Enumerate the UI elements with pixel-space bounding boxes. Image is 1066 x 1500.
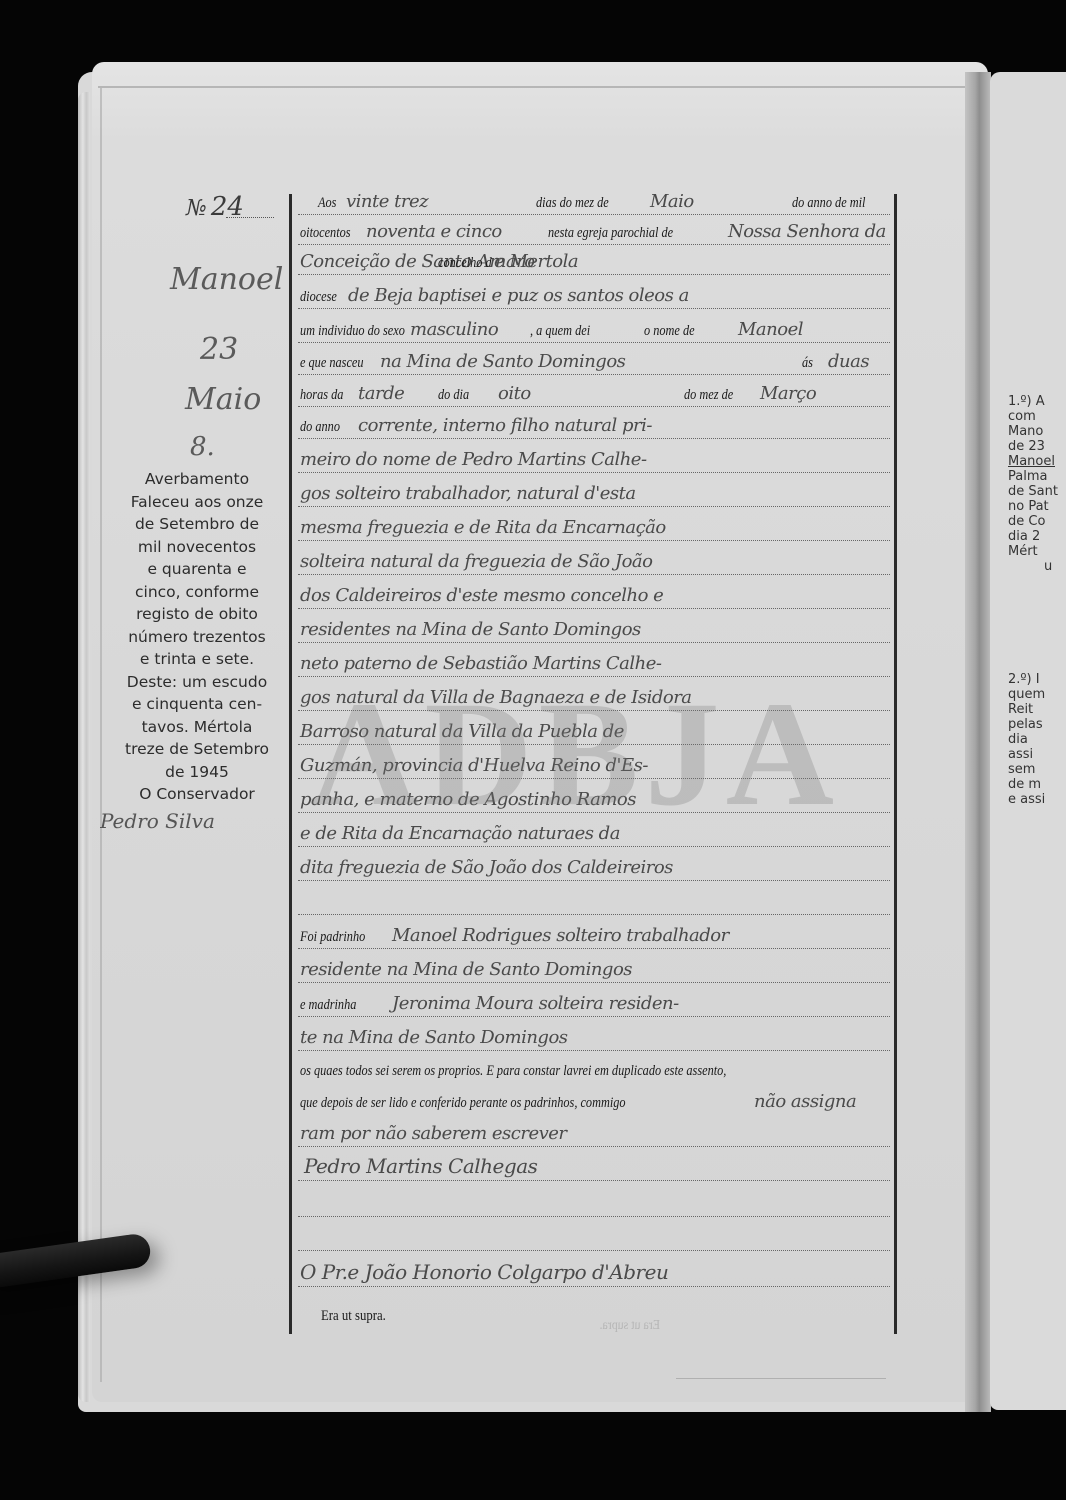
closing-line-3: ram por não saberem escrever	[298, 1116, 890, 1147]
printed-text: concelho d	[438, 255, 492, 272]
annot-line: e trinta e sete.	[100, 648, 294, 671]
printed-text: horas da	[300, 387, 343, 404]
handwritten-filiation: corrente, interno filho natural pri-	[358, 415, 652, 436]
margin-month: Maio	[185, 382, 261, 417]
note-line: pelas	[1008, 717, 1045, 732]
body-line: panha, e materno de Agostinho Ramos	[298, 782, 890, 813]
era-ut-supra: Era ut supra.	[321, 1308, 386, 1325]
body-line: gos natural da Villa de Bagnaeza e de Is…	[298, 680, 890, 711]
handwritten-godfather: Manoel Rodrigues solteiro trabalhador	[392, 925, 729, 946]
form-line-5: um individuo do sexo masculino , a quem …	[298, 312, 890, 343]
closing-line-1: os quaes todos sei serem os proprios. E …	[298, 1052, 890, 1082]
handwritten-period: tarde	[358, 383, 404, 404]
printed-text: que depois de ser lido e conferido peran…	[300, 1095, 626, 1112]
adjacent-page-note-1: 1.º) A com Mano de 23 Manoel Palma de Sa…	[1008, 394, 1058, 574]
form-line-6: e que nasceu na Mina de Santo Domingos á…	[298, 344, 890, 375]
body-line: gos solteiro trabalhador, natural d'esta	[298, 476, 890, 507]
handwritten-godmother-residence: te na Mina de Santo Domingos	[300, 1027, 568, 1048]
printed-text: Foi padrinho	[300, 929, 365, 946]
father-signature: Pedro Martins Calhegas	[304, 1154, 537, 1178]
printed-text: e que nasceu	[300, 355, 364, 372]
godmother-cont-line: te na Mina de Santo Domingos	[298, 1020, 890, 1051]
annot-line: treze de Setembro	[100, 738, 294, 761]
number-sign: №	[186, 196, 207, 221]
handwritten-text: não assigna	[754, 1091, 856, 1112]
printed-text: um individuo do sexo	[300, 323, 405, 340]
printed-text: diocese	[300, 289, 337, 306]
annot-line: e cinquenta cen-	[100, 693, 294, 716]
annot-line: de 1945	[100, 761, 294, 784]
handwritten-birth-day: oito	[498, 383, 531, 404]
note-line: Manoel	[1008, 454, 1058, 469]
handwritten-text: panha, e materno de Agostinho Ramos	[300, 789, 636, 810]
blank-line	[298, 1220, 890, 1251]
handwritten-text: gos solteiro trabalhador, natural d'esta	[300, 483, 636, 504]
record-number: №24	[186, 192, 244, 222]
death-annotation: Averbamento Faleceu aos onze de Setembro…	[100, 468, 294, 832]
handwritten-diocese: de Beja baptisei e puz os santos oleos a	[348, 285, 689, 306]
form-line-7: horas da tarde do dia oito do mez de Mar…	[298, 376, 890, 407]
handwritten-text: neto paterno de Sebastião Martins Calhe-	[300, 653, 661, 674]
note-line: assi	[1008, 747, 1045, 762]
godfather-line: Foi padrinho Manoel Rodrigues solteiro t…	[298, 918, 890, 949]
book-gutter	[965, 72, 991, 1412]
handwritten-text: dita freguezia de São João dos Caldeirei…	[300, 857, 673, 878]
handwritten-month: Maio	[650, 191, 694, 212]
handwritten-hour: duas	[828, 351, 869, 372]
note-line: com	[1008, 409, 1058, 424]
annot-role: O Conservador	[100, 783, 294, 806]
handwritten-birth-month: Março	[760, 383, 816, 404]
page-edges	[78, 92, 90, 1402]
body-line: dos Caldeireiros d'este mesmo concelho e	[298, 578, 890, 609]
handwritten-council: e Mertola	[494, 251, 578, 272]
note-line: dia	[1008, 732, 1045, 747]
printed-text: e madrinha	[300, 997, 356, 1014]
handwritten-day: vinte trez	[346, 191, 428, 212]
annot-line: e quarenta e	[100, 558, 294, 581]
printed-text: ás	[802, 355, 813, 372]
printed-text: do anno	[300, 419, 340, 436]
handwritten-birthplace: na Mina de Santo Domingos	[380, 351, 625, 372]
note-line: dia 2	[1008, 529, 1058, 544]
body-line: solteira natural da freguezia de São Joã…	[298, 544, 890, 575]
handwritten-godmother: Jeronima Moura solteira residen-	[392, 993, 679, 1014]
body-line: mesma freguezia e de Rita da Encarnação	[298, 510, 890, 541]
printed-text: dias do mez de	[536, 195, 609, 212]
handwritten-text: ram por não saberem escrever	[300, 1123, 567, 1144]
handwritten-text: dos Caldeireiros d'este mesmo concelho e	[300, 585, 663, 606]
margin-day: 23	[200, 332, 238, 367]
body-line: meiro do nome de Pedro Martins Calhe-	[298, 442, 890, 473]
printed-text: o nome de	[644, 323, 695, 340]
adjacent-page-note-2: 2.º) I quem Reit pelas dia assi sem de m…	[1008, 672, 1045, 807]
handwritten-text: mesma freguezia e de Rita da Encarnação	[300, 517, 666, 538]
note-line: de Co	[1008, 514, 1058, 529]
priest-signature-line: O Pr.e João Honorio Colgarpo d'Abreu	[298, 1256, 890, 1287]
form-line-4: diocese de Beja baptisei e puz os santos…	[298, 278, 890, 309]
form-line-2: oitocentos noventa e cinco nesta egreja …	[298, 214, 890, 245]
form-line-3: Conceição de Santo Amaro concelho d e Me…	[298, 244, 890, 275]
priest-signature: O Pr.e João Honorio Colgarpo d'Abreu	[300, 1260, 668, 1284]
printed-text: , a quem dei	[530, 323, 590, 340]
note-line: e assi	[1008, 792, 1045, 807]
godfather-cont-line: residente na Mina de Santo Domingos	[298, 952, 890, 983]
top-fold	[98, 86, 988, 88]
body-line: residentes na Mina de Santo Domingos	[298, 612, 890, 643]
note-line: Mért	[1008, 544, 1058, 559]
bleed-through-text: Era ut supra.	[600, 1318, 660, 1334]
handwritten-text: gos natural da Villa de Bagnaeza e de Is…	[300, 687, 692, 708]
handwritten-sex: masculino	[410, 319, 498, 340]
note-line: quem	[1008, 687, 1045, 702]
annot-line: Faleceu aos onze	[100, 491, 294, 514]
body-line: e de Rita da Encarnação naturaes da	[298, 816, 890, 847]
handwritten-year: noventa e cinco	[366, 221, 502, 242]
father-signature-line: Pedro Martins Calhegas	[298, 1150, 890, 1181]
godmother-line: e madrinha Jeronima Moura solteira resid…	[298, 986, 890, 1017]
handwritten-text: solteira natural da freguezia de São Joã…	[300, 551, 653, 572]
note-line: de Sant	[1008, 484, 1058, 499]
annot-line: Averbamento	[100, 468, 294, 491]
printed-text: oitocentos	[300, 225, 351, 242]
handwritten-text: meiro do nome de Pedro Martins Calhe-	[300, 449, 647, 470]
body-line: neto paterno de Sebastião Martins Calhe-	[298, 646, 890, 677]
handwritten-text: residentes na Mina de Santo Domingos	[300, 619, 641, 640]
handwritten-parish: Nossa Senhora da	[728, 221, 886, 242]
printed-text: do anno de mil	[792, 195, 865, 212]
note-line: no Pat	[1008, 499, 1058, 514]
note-line: 1.º) A	[1008, 394, 1058, 409]
printed-text: Aos	[318, 195, 336, 212]
annot-line: Deste: um escudo	[100, 671, 294, 694]
note-line: sem	[1008, 762, 1045, 777]
annot-line: mil novecentos	[100, 536, 294, 559]
annot-line: registo de obito	[100, 603, 294, 626]
body-line: Barroso natural da Villa da Puebla de	[298, 714, 890, 745]
note-line: Reit	[1008, 702, 1045, 717]
handwritten-text: Barroso natural da Villa da Puebla de	[300, 721, 624, 742]
blank-line	[298, 884, 890, 915]
note-line: u	[1008, 559, 1058, 574]
note-line: de m	[1008, 777, 1045, 792]
printed-text: nesta egreja parochial de	[548, 225, 673, 242]
number-underline	[226, 217, 274, 218]
form-line-1: Aos vinte trez dias do mez de Maio do an…	[298, 184, 890, 215]
right-column-rule	[894, 194, 897, 1334]
margin-name: Manoel	[170, 262, 283, 297]
handwritten-godfather-residence: residente na Mina de Santo Domingos	[300, 959, 632, 980]
margin-birth-day: 8.	[190, 432, 215, 462]
body-line: Guzmán, provincia d'Huelva Reino d'Es-	[298, 748, 890, 779]
body-line: dita freguezia de São João dos Caldeirei…	[298, 850, 890, 881]
annot-line: cinco, conforme	[100, 581, 294, 604]
blank-line	[298, 1186, 890, 1217]
handwritten-text: Guzmán, provincia d'Huelva Reino d'Es-	[300, 755, 648, 776]
note-line: de 23	[1008, 439, 1058, 454]
form-line-8: do anno corrente, interno filho natural …	[298, 408, 890, 439]
annot-line: tavos. Mértola	[100, 716, 294, 739]
annot-signature: Pedro Silva	[100, 810, 294, 833]
handwritten-text: e de Rita da Encarnação naturaes da	[300, 823, 620, 844]
note-line: Mano	[1008, 424, 1058, 439]
annot-line: número trezentos	[100, 626, 294, 649]
annot-line: de Setembro de	[100, 513, 294, 536]
note-line: Palma	[1008, 469, 1058, 484]
printed-text: do dia	[438, 387, 469, 404]
note-line: 2.º) I	[1008, 672, 1045, 687]
printed-text: do mez de	[684, 387, 733, 404]
printed-text: os quaes todos sei serem os proprios. E …	[300, 1063, 726, 1080]
closing-line-2: que depois de ser lido e conferido peran…	[298, 1084, 890, 1114]
bleed-through-rule	[676, 1378, 886, 1379]
handwritten-given-name: Manoel	[738, 319, 803, 340]
